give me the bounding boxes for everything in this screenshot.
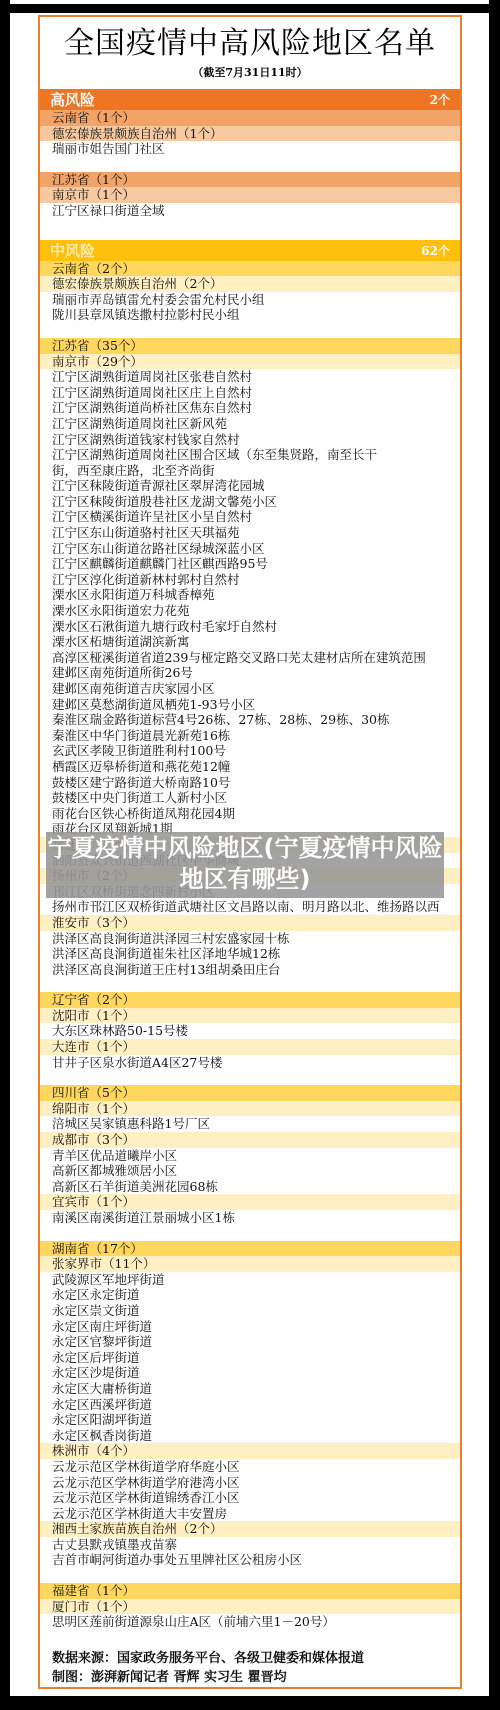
area-item-row: 吉首市峒河街道办事处五里牌社区公租房小区 bbox=[40, 1552, 460, 1568]
area-item-row: 江宁区麒麟街道麒麟门社区麒西路95号 bbox=[40, 556, 460, 572]
area-item-row: 永定区枫香岗街道 bbox=[40, 1428, 460, 1444]
area-item-row: 洪泽区高良涧街道王庄村13组胡桑田庄台 bbox=[40, 962, 460, 978]
area-item-row: 洪泽区高良涧街道洪泽园三村宏盛家园十栋 bbox=[40, 931, 460, 947]
group-gap bbox=[40, 1630, 460, 1645]
city-row: 淮安市（3个） bbox=[40, 915, 460, 931]
city-row: 厦门市（1个） bbox=[40, 1599, 460, 1615]
area-item-row: 永定区沙堤街道 bbox=[40, 1365, 460, 1381]
area-item-row: 玄武区孝陵卫街道胜利村100号 bbox=[40, 743, 460, 759]
area-item-row: 鼓楼区建宁路街道大桥南路10号 bbox=[40, 775, 460, 791]
area-item-row: 永定区官黎坪街道 bbox=[40, 1334, 460, 1350]
area-item-row: 永定区阳湖坪街道 bbox=[40, 1412, 460, 1428]
area-item-row: 江宁区淳化街道新林村郭村自然村 bbox=[40, 572, 460, 588]
area-item-row: 云龙示范区学林街道学府华庭小区 bbox=[40, 1459, 460, 1475]
area-item-row: 武陵源区军地坪街道 bbox=[40, 1272, 460, 1288]
area-item-row: 溧水区石湫街道九塘行政村毛家圩自然村 bbox=[40, 619, 460, 635]
area-item-row: 秦淮区中华门街道晨光新苑16栋 bbox=[40, 728, 460, 744]
area-item-row: 鼓楼区中央门街道工人新村小区 bbox=[40, 790, 460, 806]
area-item-row: 栖霞区迈皋桥街道和燕花苑12幢 bbox=[40, 759, 460, 775]
area-item-row: 江宁区湖熟街道周岗社区张巷自然村 bbox=[40, 369, 460, 385]
area-item-row: 永定区南庄坪街道 bbox=[40, 1319, 460, 1335]
area-item-row: 永定区崇文街道 bbox=[40, 1303, 460, 1319]
city-row: 成都市（3个） bbox=[40, 1132, 460, 1148]
province-row: 辽宁省（2个） bbox=[40, 992, 460, 1008]
area-item-row: 溧水区永阳街道宏力花苑 bbox=[40, 603, 460, 619]
area-item-row: 瑞丽市姐告国门社区 bbox=[40, 141, 460, 157]
group-gap bbox=[40, 157, 460, 172]
area-item-row: 云龙示范区学林街道大丰安置房 bbox=[40, 1506, 460, 1522]
area-item-row: 高淳区桠溪街道省道239与桠定路交叉路口芜太建材店所在建筑范围 bbox=[40, 650, 460, 666]
area-item-row: 江宁区东山街道岔路社区绿城深蓝小区 bbox=[40, 541, 460, 557]
city-row: 绵阳市（1个） bbox=[40, 1101, 460, 1117]
area-item-row: 江宁区横溪街道许呈社区小呈自然村 bbox=[40, 509, 460, 525]
area-item-row: 青羊区优品道曦岸小区 bbox=[40, 1148, 460, 1164]
group-gap bbox=[40, 1226, 460, 1241]
area-item-row: 建邺区南苑街道所街26号 bbox=[40, 665, 460, 681]
section-title: 高风险 bbox=[50, 89, 95, 110]
section-count: 62个 bbox=[421, 242, 450, 259]
area-item-row: 永定区永定街道 bbox=[40, 1287, 460, 1303]
group-gap bbox=[40, 323, 460, 338]
province-row: 四川省（5个） bbox=[40, 1085, 460, 1101]
area-item-row: 洪泽区高良涧街道崔朱社区泽地华城12栋 bbox=[40, 946, 460, 962]
province-row: 云南省（2个） bbox=[40, 261, 460, 277]
area-item-row: 思明区莲前街道源泉山庄A区（前埔六里1－20号） bbox=[40, 1614, 460, 1630]
area-item-row: 高新区都城雅颂居小区 bbox=[40, 1163, 460, 1179]
province-row: 福建省（1个） bbox=[40, 1583, 460, 1599]
area-item-row: 建邺区南苑街道吉庆家园小区 bbox=[40, 681, 460, 697]
watermark-overlay: 宁夏疫情中风险地区(宁夏疫情中风险地区有哪些) bbox=[46, 832, 444, 898]
section-count: 2个 bbox=[430, 91, 450, 108]
city-row: 张家界市（11个） bbox=[40, 1256, 460, 1272]
province-row: 江苏省（35个） bbox=[40, 338, 460, 354]
page-frame: 全国疫情中高风险地区名单 （截至7月31日11时） 高风险2个云南省（1个）德宏… bbox=[0, 0, 500, 1710]
area-item-row: 陇川县章凤镇迭撒村拉影村民小组 bbox=[40, 307, 460, 323]
city-row: 南京市（29个） bbox=[40, 354, 460, 370]
city-row: 德宏傣族景颇族自治州（1个） bbox=[40, 126, 460, 142]
footer-source-line: 数据来源：国家政务服务平台、各级卫健委和媒体报道 bbox=[52, 1649, 460, 1668]
area-item-row: 江宁区湖熟街道钱家村钱家自然村 bbox=[40, 432, 460, 448]
province-row: 江苏省（1个） bbox=[40, 172, 460, 188]
area-item-row: 古丈县默戎镇墨戎苗寨 bbox=[40, 1537, 460, 1553]
area-item-row: 甘井子区泉水街道A4区27号楼 bbox=[40, 1055, 460, 1071]
frame-bottom-bar bbox=[0, 1696, 500, 1710]
area-item-row: 江宁区湖熟街道周岗社区庄上自然村 bbox=[40, 385, 460, 401]
area-item-row: 溧水区柘塘街道湖滨新寓 bbox=[40, 634, 460, 650]
area-item-row: 永定区大庸桥街道 bbox=[40, 1381, 460, 1397]
city-row: 德宏傣族景颇族自治州（2个） bbox=[40, 276, 460, 292]
area-item-row: 溧水区永阳街道万科城香樟苑 bbox=[40, 587, 460, 603]
area-item-row: 江宁区秣陵街道殷巷社区龙湖文馨苑小区 bbox=[40, 494, 460, 510]
area-item-row: 云龙示范区学林街道学府港湾小区 bbox=[40, 1475, 460, 1491]
area-item-row: 建邺区莫愁湖街道凤栖苑1-93号小区 bbox=[40, 697, 460, 713]
area-item-row: 大东区珠林路50-15号楼 bbox=[40, 1023, 460, 1039]
group-gap bbox=[40, 977, 460, 992]
section-title: 中风险 bbox=[50, 240, 95, 261]
page-subtitle: （截至7月31日11时） bbox=[40, 64, 460, 80]
city-row: 株洲市（4个） bbox=[40, 1443, 460, 1459]
group-gap bbox=[40, 219, 460, 234]
frame-top-bar bbox=[0, 4, 500, 13]
province-row: 湖南省（17个） bbox=[40, 1241, 460, 1257]
area-item-row: 江宁区湖熟街道周岗社区围合区域（东至集贤路，南至长干 街，西至康庄路，北至齐尚街 bbox=[40, 447, 460, 478]
area-item-row: 江宁区秣陵街道青源社区翠屏湾花园城 bbox=[40, 478, 460, 494]
city-row: 沈阳市（1个） bbox=[40, 1008, 460, 1024]
city-row: 南京市（1个） bbox=[40, 187, 460, 203]
city-row: 湘西土家族苗族自治州（2个） bbox=[40, 1521, 460, 1537]
group-gap bbox=[40, 1070, 460, 1085]
city-row: 大连市（1个） bbox=[40, 1039, 460, 1055]
area-item-row: 雨花台区铁心桥街道凤翔花园4期 bbox=[40, 806, 460, 822]
area-item-row: 江宁区湖熟街道尚桥社区焦东自然村 bbox=[40, 400, 460, 416]
area-item-row: 江宁区湖熟街道周岗社区新风苑 bbox=[40, 416, 460, 432]
area-item-row: 高新区石羊街道美洲花园68栋 bbox=[40, 1179, 460, 1195]
province-row: 云南省（1个） bbox=[40, 110, 460, 126]
area-item-row: 云龙示范区学林街道锦绣香江小区 bbox=[40, 1490, 460, 1506]
area-item-row: 南溪区南溪街道江景丽城小区1栋 bbox=[40, 1210, 460, 1226]
frame-left-bar bbox=[0, 0, 10, 1710]
footer-credit-line: 制图：澎湃新闻记者 胥辉 实习生 瞿晋均 bbox=[52, 1668, 460, 1687]
area-item-row: 永定区后坪街道 bbox=[40, 1350, 460, 1366]
area-item-row: 江宁区东山街道骆村社区天琪福苑 bbox=[40, 525, 460, 541]
area-item-row: 扬州市邗江区双桥街道武塘社区文昌路以南、明月路以北、维扬路以西 bbox=[40, 899, 460, 915]
page-title: 全国疫情中高风险地区名单 bbox=[40, 25, 460, 63]
area-item-row: 瑞丽市弄岛镇雷允村委会雷允村民小组 bbox=[40, 292, 460, 308]
group-gap bbox=[40, 1568, 460, 1583]
area-item-row: 秦淮区瑞金路街道标营4号26栋、27栋、28栋、29栋、30栋 bbox=[40, 712, 460, 728]
section-header-high: 高风险2个 bbox=[40, 89, 460, 110]
area-item-row: 江宁区禄口街道全域 bbox=[40, 203, 460, 219]
area-item-row: 永定区西溪坪街道 bbox=[40, 1397, 460, 1413]
city-row: 宜宾市（1个） bbox=[40, 1194, 460, 1210]
frame-right-bar bbox=[489, 0, 500, 1710]
area-item-row: 涪城区吴家镇惠科路1号厂区 bbox=[40, 1116, 460, 1132]
section-header-medium: 中风险62个 bbox=[40, 240, 460, 261]
footer: 数据来源：国家政务服务平台、各级卫健委和媒体报道 制图：澎湃新闻记者 胥辉 实习… bbox=[40, 1649, 460, 1689]
